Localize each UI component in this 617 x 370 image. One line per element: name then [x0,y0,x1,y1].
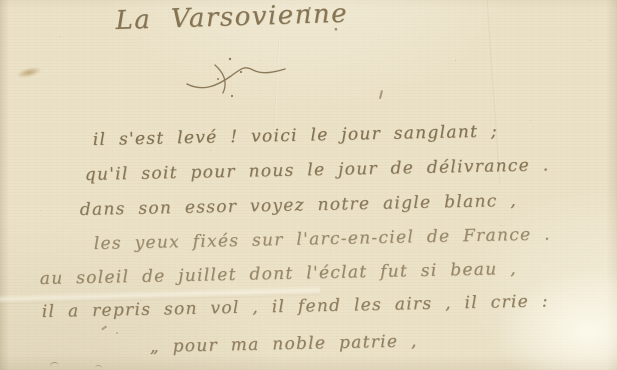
title-period-mark: . [333,14,339,35]
manuscript-photo: La Varsovienne ’ . il s'est levé ! voici… [0,0,617,370]
cropped-next-line-letter [49,361,59,370]
poem-refrain-line: „ pour ma noble patrie , [150,331,418,357]
poem-line-1: il s'est levé ! voici le jour sanglant ; [93,122,499,150]
stray-ink-mark [101,325,107,330]
stray-ink-mark [116,332,118,334]
poem-line-2: qu'il soit pour nous le jour de délivran… [85,155,550,185]
poem-line-5: au soleil de juillet dont l'éclat fut si… [40,259,517,289]
stanza-flourish-icon [183,52,288,100]
stray-ink-mark [379,90,383,99]
manuscript-title: La Varsovienne [115,0,348,36]
ink-stain [15,65,42,80]
poem-line-4: les yeux fixés sur l'arc-en-ciel de Fran… [94,224,551,254]
paper-specks [0,0,1,1]
poem-line-3: dans son essor voyez notre aigle blanc , [80,191,518,220]
title-apostrophe-mark: ’ [306,4,312,25]
poem-line-6: il a repris son vol , il fend les airs ,… [42,291,549,322]
cropped-next-line-letter [95,365,103,370]
